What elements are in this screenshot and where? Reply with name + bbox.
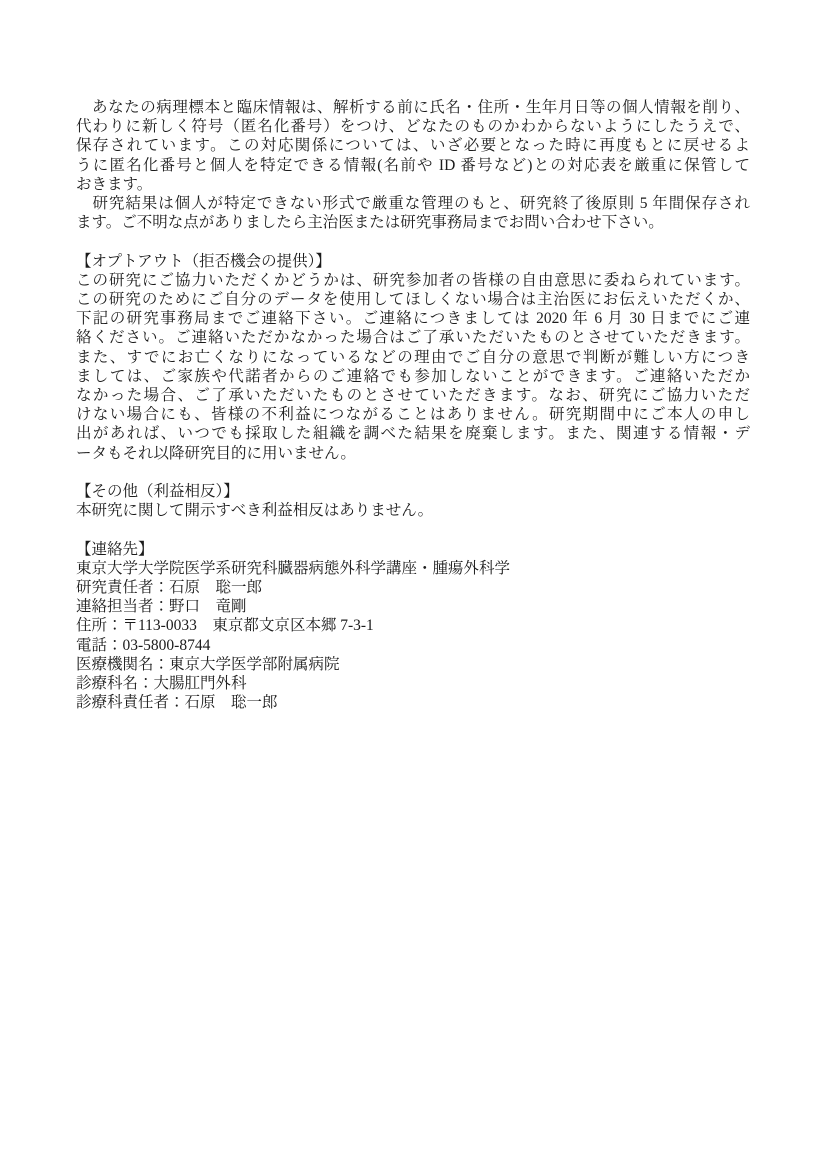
text-line: ます。ご不明な点がありましたら主治医または研究事務局までお問い合わせ下さい。 bbox=[76, 213, 750, 232]
paragraph-retention: 研究結果は個人が特定できない形式で厳重な管理のもと、研究終了後原則 5 年間保存… bbox=[76, 194, 750, 232]
paragraph-anonymization: あなたの病理標本と臨床情報は、解析する前に氏名・住所・生年月日等の個人情報を削り… bbox=[76, 98, 750, 194]
text-line: あなたの病理標本と臨床情報は、解析する前に氏名・住所・生年月日等の個人情報を削り… bbox=[76, 98, 750, 117]
contact-line-institution: 東京大学大学院医学系研究科臓器病態外科学講座・腫瘍外科学 bbox=[76, 559, 750, 578]
text-line: 保存されています。この対応関係については、いざ必要となった時に再度もとに戻せるよ bbox=[76, 136, 750, 155]
text-line: おきます。 bbox=[76, 175, 750, 194]
text-line: うに匿名化番号と個人を特定できる情報(名前や ID 番号など)との対応表を厳重に… bbox=[76, 156, 750, 175]
contact-line-contact-person: 連絡担当者：野口 竜剛 bbox=[76, 597, 750, 616]
contact-line-principal-investigator: 研究責任者：石原 聡一郎 bbox=[76, 578, 750, 597]
opt-out-heading: 【オプトアウト（拒否機会の提供）】 bbox=[76, 252, 750, 271]
conflict-of-interest-heading: 【その他（利益相反）】 bbox=[76, 482, 750, 501]
document-page: あなたの病理標本と臨床情報は、解析する前に氏名・住所・生年月日等の個人情報を削り… bbox=[76, 98, 750, 712]
text-line: ータもそれ以降研究目的に用いません。 bbox=[76, 444, 750, 463]
text-line: なかった場合、ご了承いただいたものとさせていただきます。なお、研究にご協力いただ bbox=[76, 386, 750, 405]
section-contact: 【連絡先】 東京大学大学院医学系研究科臓器病態外科学講座・腫瘍外科学 研究責任者… bbox=[76, 540, 750, 713]
text-line: 出があれば、いつでも採取した組織を調べた結果を廃棄します。また、関連する情報・デ bbox=[76, 424, 750, 443]
text-line: けない場合にも、皆様の不利益につながることはありません。研究期間中にご本人の申し bbox=[76, 405, 750, 424]
text-line: この研究のためにご自分のデータを使用してほしくない場合は主治医にお伝えいただくか… bbox=[76, 290, 750, 309]
text-line: 研究結果は個人が特定できない形式で厳重な管理のもと、研究終了後原則 5 年間保存… bbox=[76, 194, 750, 213]
contact-line-phone: 電話：03-5800-8744 bbox=[76, 636, 750, 655]
text-line: ましては、ご家族や代諾者からのご連絡でも参加しないことができます。ご連絡いただか bbox=[76, 367, 750, 386]
contact-line-address: 住所：〒113-0033 東京都文京区本郷 7-3-1 bbox=[76, 616, 750, 635]
text-line: また、すでにお亡くなりになっているなどの理由でご自分の意思で判断が難しい方につき bbox=[76, 348, 750, 367]
contact-line-department-head: 診療科責任者：石原 聡一郎 bbox=[76, 693, 750, 712]
section-conflict-of-interest: 【その他（利益相反）】 本研究に関して開示すべき利益相反はありません。 bbox=[76, 482, 750, 520]
contact-line-hospital: 医療機関名：東京大学医学部附属病院 bbox=[76, 655, 750, 674]
text-line: 代わりに新しく符号（匿名化番号）をつけ、どなたのものかわからないようにしたうえで… bbox=[76, 117, 750, 136]
contact-line-department: 診療科名：大腸肛門外科 bbox=[76, 674, 750, 693]
text-line: この研究にご協力いただくかどうかは、研究参加者の皆様の自由意思に委ねられています… bbox=[76, 271, 750, 290]
contact-heading: 【連絡先】 bbox=[76, 540, 750, 559]
section-opt-out: 【オプトアウト（拒否機会の提供）】 この研究にご協力いただくかどうかは、研究参加… bbox=[76, 252, 750, 463]
text-line: 下記の研究事務局までご連絡下さい。ご連絡につきましては 2020 年 6 月 3… bbox=[76, 309, 750, 328]
text-line: 本研究に関して開示すべき利益相反はありません。 bbox=[76, 501, 750, 520]
text-line: 絡ください。ご連絡いただかなかった場合はご了承いただいたものとさせていただきます… bbox=[76, 328, 750, 347]
